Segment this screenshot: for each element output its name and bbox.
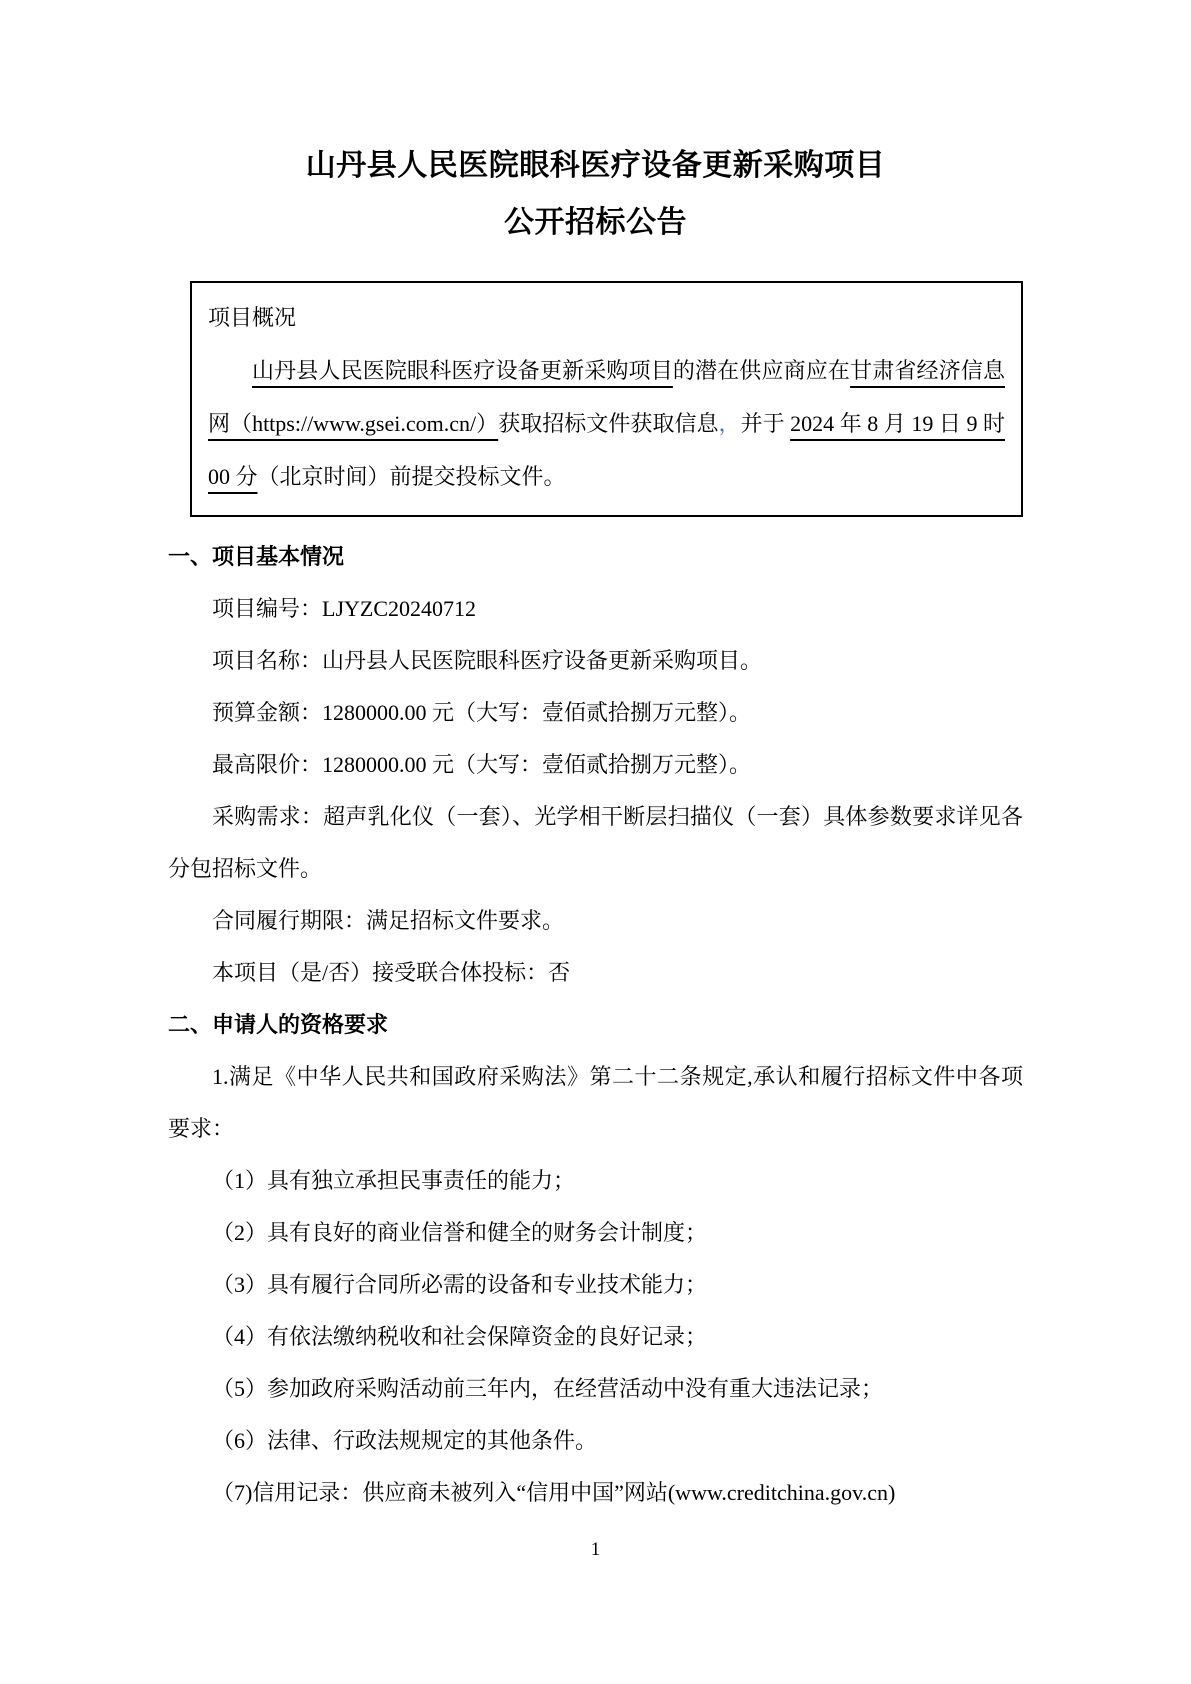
overview-box-paragraph: 山丹县人民医院眼科医疗设备更新采购项目的潜在供应商应在甘肃省经济信息网（http… [208, 344, 1005, 503]
qualification-item-1: （1）具有独立承担民事责任的能力； [168, 1155, 1023, 1207]
project-name-line: 项目名称：山丹县人民医院眼科医疗设备更新采购项目。 [168, 635, 1023, 687]
consortium-bid-line: 本项目（是/否）接受联合体投标：否 [168, 947, 1023, 999]
section-1-heading: 一、项目基本情况 [168, 531, 1023, 583]
budget-amount-line: 预算金额：1280000.00 元（大写：壹佰贰拾捌万元整）。 [168, 687, 1023, 739]
overview-project-name: 山丹县人民医院眼科医疗设备更新采购项目 [252, 358, 673, 383]
qualification-item-6: （6）法律、行政法规规定的其他条件。 [168, 1415, 1023, 1467]
qualification-intro: 1.满足《中华人民共和国政府采购法》第二十二条规定,承认和履行招标文件中各项要求… [168, 1051, 1023, 1155]
document-title: 山丹县人民医院眼科医疗设备更新采购项目 [168, 146, 1023, 186]
section-2-heading: 二、申请人的资格要求 [168, 999, 1023, 1051]
qualification-item-4: （4）有依法缴纳税收和社会保障资金的良好记录； [168, 1311, 1023, 1363]
overview-box-label: 项目概况 [208, 291, 1005, 344]
project-number-line: 项目编号：LJYZC20240712 [168, 583, 1023, 635]
overview-text: 获取招标文件获取信息 [498, 411, 718, 436]
page-number: 1 [0, 1538, 1191, 1562]
document-subtitle: 公开招标公告 [168, 203, 1023, 243]
overview-text: 并于 [741, 411, 785, 436]
max-price-line: 最高限价：1280000.00 元（大写：壹佰贰拾捌万元整）。 [168, 739, 1023, 791]
qualification-item-5: （5）参加政府采购活动前三年内，在经营活动中没有重大违法记录； [168, 1363, 1023, 1415]
document-page: 山丹县人民医院眼科医疗设备更新采购项目 公开招标公告 项目概况 山丹县人民医院眼… [0, 0, 1191, 1684]
procurement-demand-line: 采购需求：超声乳化仪（一套）、光学相干断层扫描仪（一套）具体参数要求详见各分包招… [168, 791, 1023, 895]
overview-text: （北京时间）前提交投标文件。 [258, 464, 566, 489]
qualification-item-3: （3）具有履行合同所必需的设备和专业技术能力； [168, 1259, 1023, 1311]
contract-term-line: 合同履行期限：满足招标文件要求。 [168, 895, 1023, 947]
overview-text: 的潜在供应商应在 [673, 358, 850, 383]
qualification-item-7: （7)信用记录：供应商未被列入“信用中国”网站(www.creditchina.… [168, 1467, 1023, 1519]
qualification-item-2: （2）具有良好的商业信誉和健全的财务会计制度； [168, 1207, 1023, 1259]
project-overview-box: 项目概况 山丹县人民医院眼科医疗设备更新采购项目的潜在供应商应在甘肃省经济信息网… [190, 281, 1023, 517]
overview-blue-comma: ， [719, 411, 741, 436]
